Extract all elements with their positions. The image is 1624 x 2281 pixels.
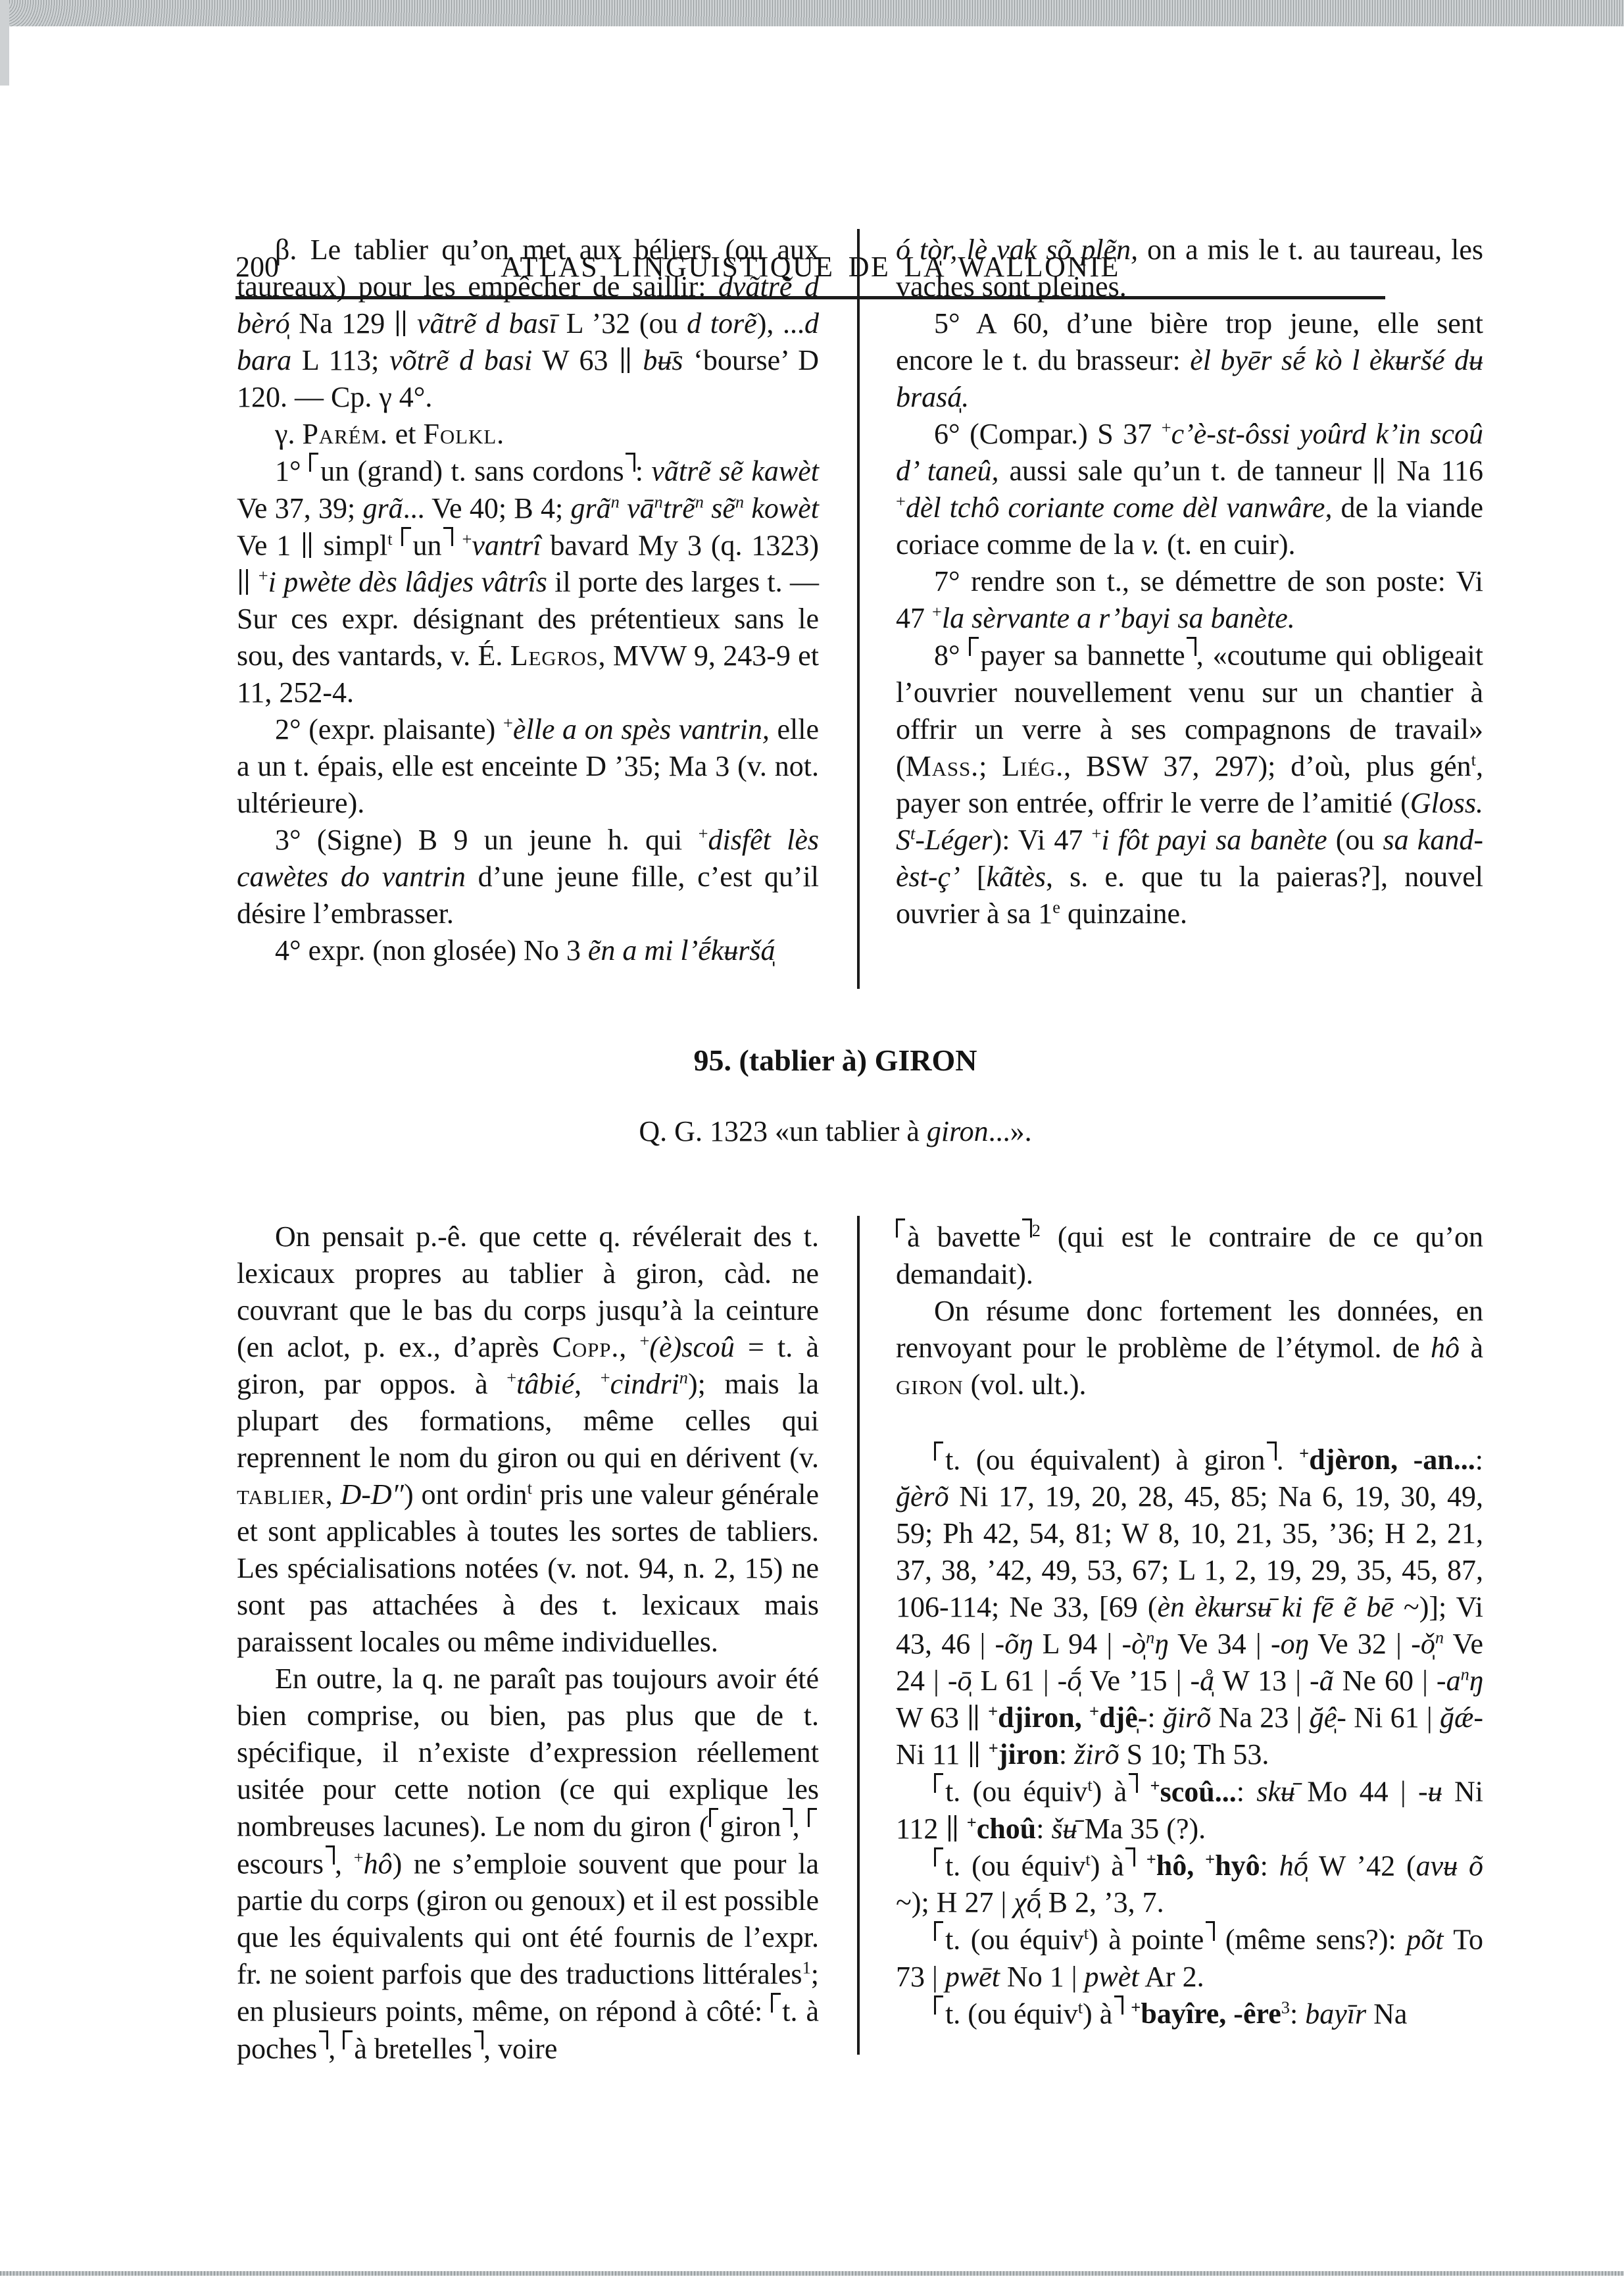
gloss-open-mark	[343, 2030, 352, 2049]
gloss-open-mark	[934, 1921, 943, 1940]
column-divider-top	[857, 229, 860, 989]
entry-heading: 95. (tablier à) GIRON	[237, 1043, 1434, 1078]
paragraph: En outre, la q. ne paraît pas toujours a…	[237, 1661, 819, 2067]
gloss-open-mark	[771, 1993, 780, 2012]
gloss-close-mark	[1114, 1995, 1123, 2015]
scan-artifact-left-strip	[0, 0, 9, 86]
gloss-open-mark	[934, 1441, 943, 1461]
gloss-open-mark	[401, 527, 410, 546]
paragraph: 4° expr. (non glosée) No 3 ẽn a mi l’ḗkʉ…	[237, 932, 819, 969]
gloss-close-mark	[1022, 1218, 1031, 1238]
gloss-close-mark	[326, 1845, 335, 1865]
paragraph: β. Le tablier qu’on met aux béliers (ou …	[237, 232, 819, 416]
gloss-open-mark	[808, 1808, 817, 1827]
scanned-book-page: { "page": { "number": "200", "running_ti…	[0, 0, 1624, 2281]
paragraph: 1° un (grand) t. sans cordons: vãtrẽ sẽ …	[237, 453, 819, 711]
gloss-close-mark	[474, 2030, 483, 2049]
paragraph: 7° rendre son t., se démettre de son pos…	[896, 563, 1483, 637]
paragraph: t. (ou équivt) à +scoû...: skʉ̄ Mo 44 | …	[896, 1773, 1483, 1847]
scan-artifact-bottom-band	[0, 2271, 1624, 2276]
paragraph: On résume donc fortement les données, en…	[896, 1293, 1483, 1403]
paragraph: ó̩ tò̩r, lè vak sõ plẽn, on a mis le t. …	[896, 232, 1483, 305]
gloss-close-mark	[1206, 1921, 1215, 1940]
double-bar-separator	[303, 532, 312, 559]
paragraph: On pensait p.-ê. que cette q. révélerait…	[237, 1218, 819, 1661]
bottom-left-column: On pensait p.-ê. que cette q. révélerait…	[237, 1218, 819, 2067]
double-bar-separator	[622, 347, 630, 374]
paragraph: t. (ou équivalent) à giron. +djèron, -an…	[896, 1441, 1483, 1774]
entry-question: Q. G. 1323 «un tablier à giron...».	[237, 1115, 1434, 1149]
double-bar-separator	[948, 1815, 957, 1842]
gloss-close-mark	[319, 2030, 328, 2049]
paragraph: 2° (expr. plaisante) +èlle a on spès van…	[237, 711, 819, 822]
top-left-column: β. Le tablier qu’on met aux béliers (ou …	[237, 232, 819, 969]
top-right-column: ó̩ tò̩r, lè vak sõ plẽn, on a mis le t. …	[896, 232, 1483, 932]
gloss-close-mark	[783, 1808, 792, 1827]
gloss-open-mark	[934, 1847, 943, 1867]
gloss-open-mark	[934, 1995, 943, 2015]
paragraph: t. (ou équivt) à pointe (même sens?): põ…	[896, 1921, 1483, 1995]
gloss-open-mark	[309, 453, 318, 472]
gloss-open-mark	[934, 1773, 943, 1792]
gloss-open-mark	[896, 1218, 905, 1238]
paragraph: 5° A 60, d’une bière trop jeune, elle se…	[896, 305, 1483, 416]
paragraph: 6° (Compar.) S 37 +c’è-st-ôssi yoûrd k’i…	[896, 416, 1483, 563]
gloss-open-mark	[969, 637, 978, 656]
double-bar-separator	[970, 1705, 978, 1731]
double-bar-separator	[397, 311, 405, 337]
paragraph: t. (ou équivt) à +bayîre, -êre3: bayīr N…	[896, 1995, 1483, 2033]
bottom-right-column: à bavette2 (qui est le contraire de ce q…	[896, 1218, 1483, 2032]
paragraph: 3° (Signe) B 9 un jeune h. qui +disfêt l…	[237, 822, 819, 932]
paragraph: 8° payer sa bannette, «coutume qui oblig…	[896, 637, 1483, 932]
double-bar-separator	[970, 1742, 979, 1768]
gloss-close-mark	[1267, 1441, 1276, 1461]
gloss-close-mark	[626, 453, 635, 472]
paragraph: à bavette2 (qui est le contraire de ce q…	[896, 1218, 1483, 1293]
gloss-close-mark	[1187, 637, 1196, 656]
gloss-open-mark	[709, 1808, 718, 1827]
gloss-close-mark	[443, 527, 453, 546]
paragraph: γ. Parém. et Folkl.	[237, 416, 819, 453]
column-divider-bottom	[857, 1216, 860, 2055]
double-bar-separator	[239, 569, 248, 595]
scan-artifact-top-band	[0, 0, 1624, 26]
double-bar-separator	[1375, 458, 1383, 484]
paragraph: t. (ou équivt) à +hô, +hyô: hṓ̩ W ’42 (a…	[896, 1847, 1483, 1922]
gloss-close-mark	[1125, 1847, 1135, 1867]
gloss-close-mark	[1129, 1773, 1138, 1792]
